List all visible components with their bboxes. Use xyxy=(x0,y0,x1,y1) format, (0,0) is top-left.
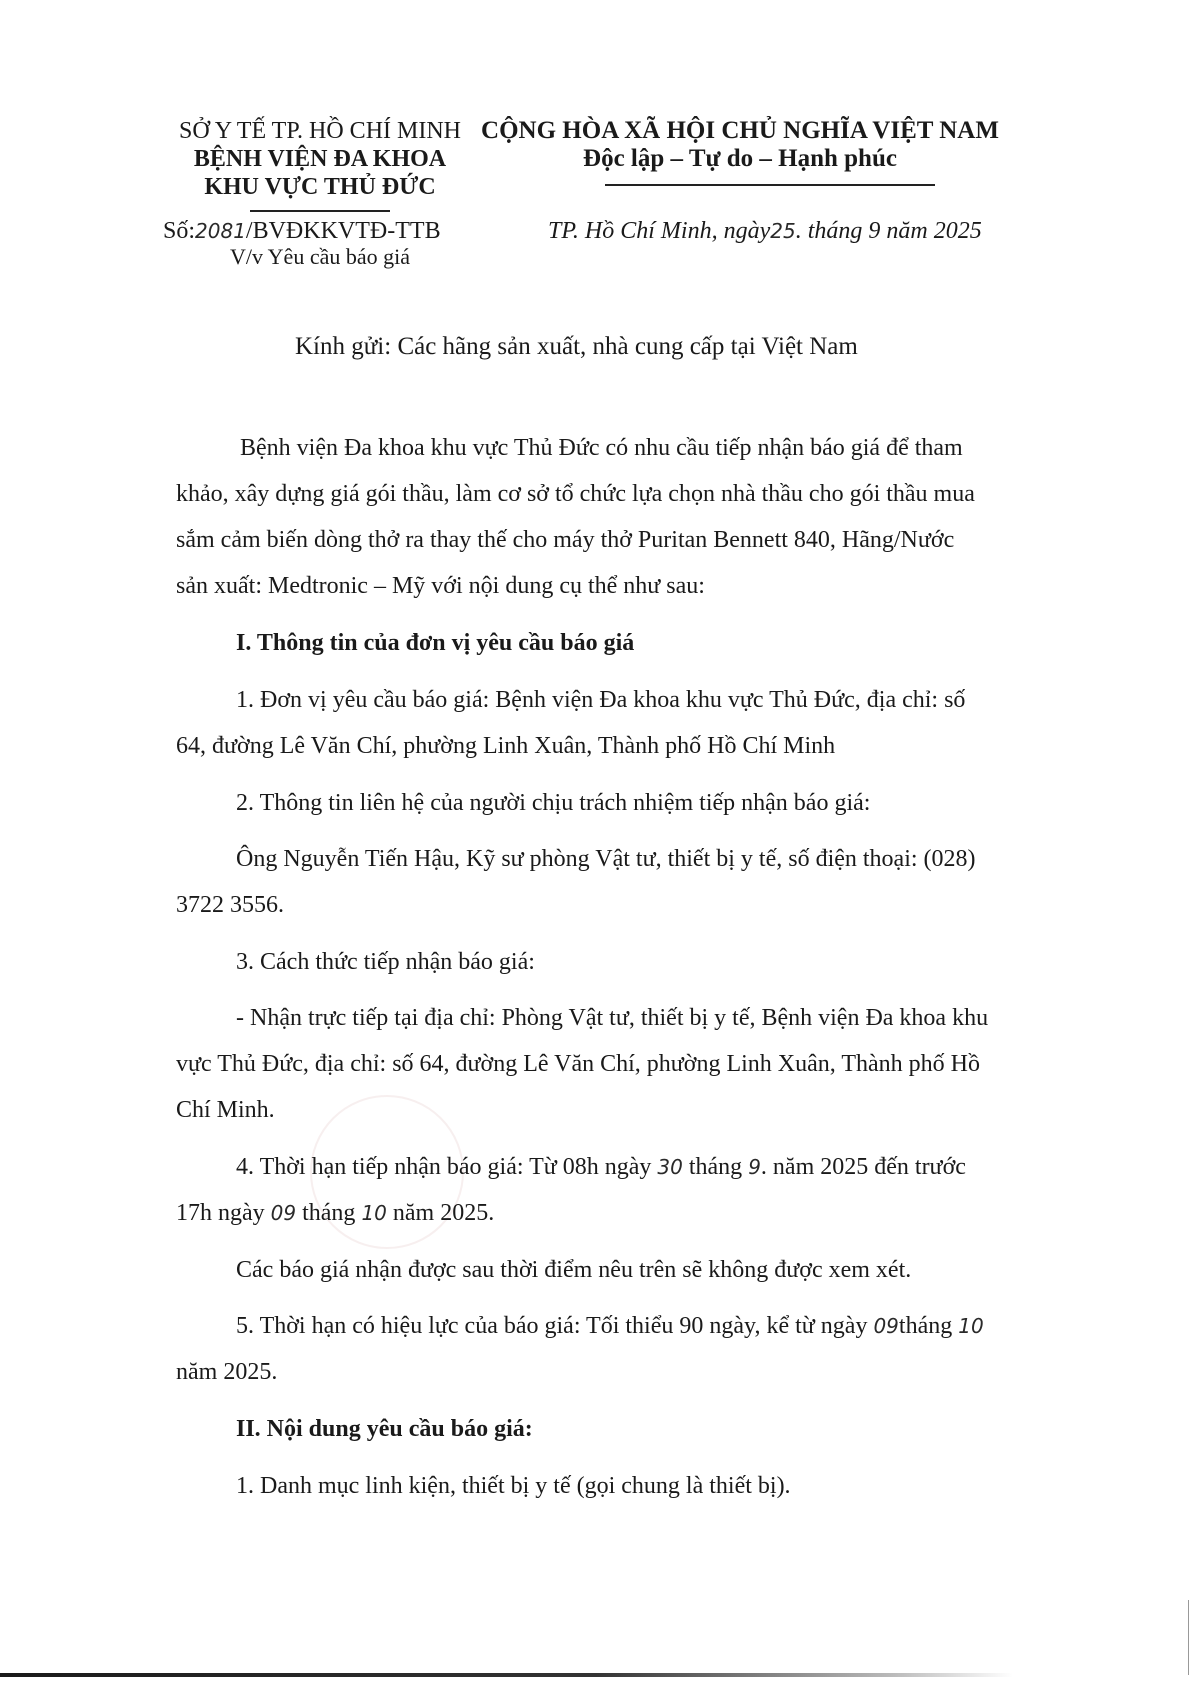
national-motto: Độc lập – Tự do – Hạnh phúc xyxy=(480,145,1000,173)
month-to-handwritten: 10 xyxy=(361,1201,386,1225)
late-note: Các báo giá nhận được sau thời điểm nêu … xyxy=(236,1257,911,1284)
contact-line-1: Ông Nguyễn Tiến Hậu, Kỹ sư phòng Vật tư,… xyxy=(236,846,976,873)
intro-line-3: sắm cảm biến dòng thở ra thay thế cho má… xyxy=(176,527,954,554)
item5-text: tháng xyxy=(899,1313,958,1339)
scan-edge-line xyxy=(1188,1600,1189,1675)
item1-line-2: 64, đường Lê Văn Chí, phường Linh Xuân, … xyxy=(176,733,835,760)
day-to-handwritten: 09 xyxy=(271,1201,296,1225)
item4-text: năm 2025. xyxy=(387,1200,494,1226)
validity-month-handwritten: 10 xyxy=(958,1314,983,1338)
section2-item1: 1. Danh mục linh kiện, thiết bị y tế (gọ… xyxy=(236,1473,791,1500)
number-handwritten: 2081 xyxy=(195,219,246,243)
hospital-name-line2: KHU VỰC THỦ ĐỨC xyxy=(160,173,480,201)
hospital-name-line1: BỆNH VIỆN ĐA KHOA xyxy=(160,145,480,173)
day-from-handwritten: 30 xyxy=(657,1155,682,1179)
ministry-name: SỞ Y TẾ TP. HỒ CHÍ MINH xyxy=(160,117,480,145)
item1-line-1: 1. Đơn vị yêu cầu báo giá: Bệnh viện Đa … xyxy=(236,687,965,714)
month-from-handwritten: 9 xyxy=(748,1155,761,1179)
intro-line-2: khảo, xây dựng giá gói thầu, làm cơ sở t… xyxy=(176,481,975,508)
recipient-line: Kính gửi: Các hãng sản xuất, nhà cung cấ… xyxy=(295,333,858,361)
delivery-line-2: vực Thủ Đức, địa chỉ: số 64, đường Lê Vă… xyxy=(176,1051,980,1078)
item4-text: 4. Thời hạn tiếp nhận báo giá: Từ 08h ng… xyxy=(236,1154,657,1180)
contact-line-2: 3722 3556. xyxy=(176,892,284,919)
subject-line: V/v Yêu cầu báo giá xyxy=(160,243,480,271)
item5-text: 5. Thời hạn có hiệu lực của báo giá: Tối… xyxy=(236,1313,873,1339)
item5-line-1: 5. Thời hạn có hiệu lực của báo giá: Tối… xyxy=(236,1313,984,1340)
intro-line-1: Bệnh viện Đa khoa khu vực Thủ Đức có nhu… xyxy=(240,435,963,462)
delivery-line-3: Chí Minh. xyxy=(176,1097,275,1124)
intro-line-4: sản xuất: Medtronic – Mỹ với nội dung cụ… xyxy=(176,573,705,600)
section2-title: II. Nội dung yêu cầu báo giá: xyxy=(236,1416,533,1443)
date-day-handwritten: 25 xyxy=(770,219,795,243)
number-prefix: Số: xyxy=(163,218,195,244)
item4-line-1: 4. Thời hạn tiếp nhận báo giá: Từ 08h ng… xyxy=(236,1154,966,1181)
nation-title: CỘNG HÒA XÃ HỘI CHỦ NGHĨA VIỆT NAM xyxy=(480,117,1000,145)
item4-text: tháng xyxy=(296,1200,361,1226)
document-number: Số:2081/BVĐKKVTĐ-TTB xyxy=(163,218,441,245)
date-suffix: . tháng 9 năm 2025 xyxy=(796,218,982,244)
item4-line-2: 17h ngày 09 tháng 10 năm 2025. xyxy=(176,1200,494,1227)
date-line: TP. Hồ Chí Minh, ngày25. tháng 9 năm 202… xyxy=(548,218,982,245)
number-suffix: /BVĐKKVTĐ-TTB xyxy=(246,218,441,244)
item5-line-2: năm 2025. xyxy=(176,1359,277,1386)
item4-text: 17h ngày xyxy=(176,1200,271,1226)
delivery-line-1: - Nhận trực tiếp tại địa chỉ: Phòng Vật … xyxy=(236,1005,988,1032)
item2: 2. Thông tin liên hệ của người chịu trác… xyxy=(236,790,870,817)
item4-text: tháng xyxy=(683,1154,748,1180)
section1-title: I. Thông tin của đơn vị yêu cầu báo giá xyxy=(236,630,634,657)
item3: 3. Cách thức tiếp nhận báo giá: xyxy=(236,949,535,976)
date-prefix: TP. Hồ Chí Minh, ngày xyxy=(548,218,770,244)
validity-day-handwritten: 09 xyxy=(873,1314,898,1338)
item4-text: . năm 2025 đến trước xyxy=(761,1154,966,1180)
scan-edge-bar xyxy=(0,1673,1192,1677)
motto-underline xyxy=(605,184,935,186)
header-left-underline xyxy=(250,210,390,212)
